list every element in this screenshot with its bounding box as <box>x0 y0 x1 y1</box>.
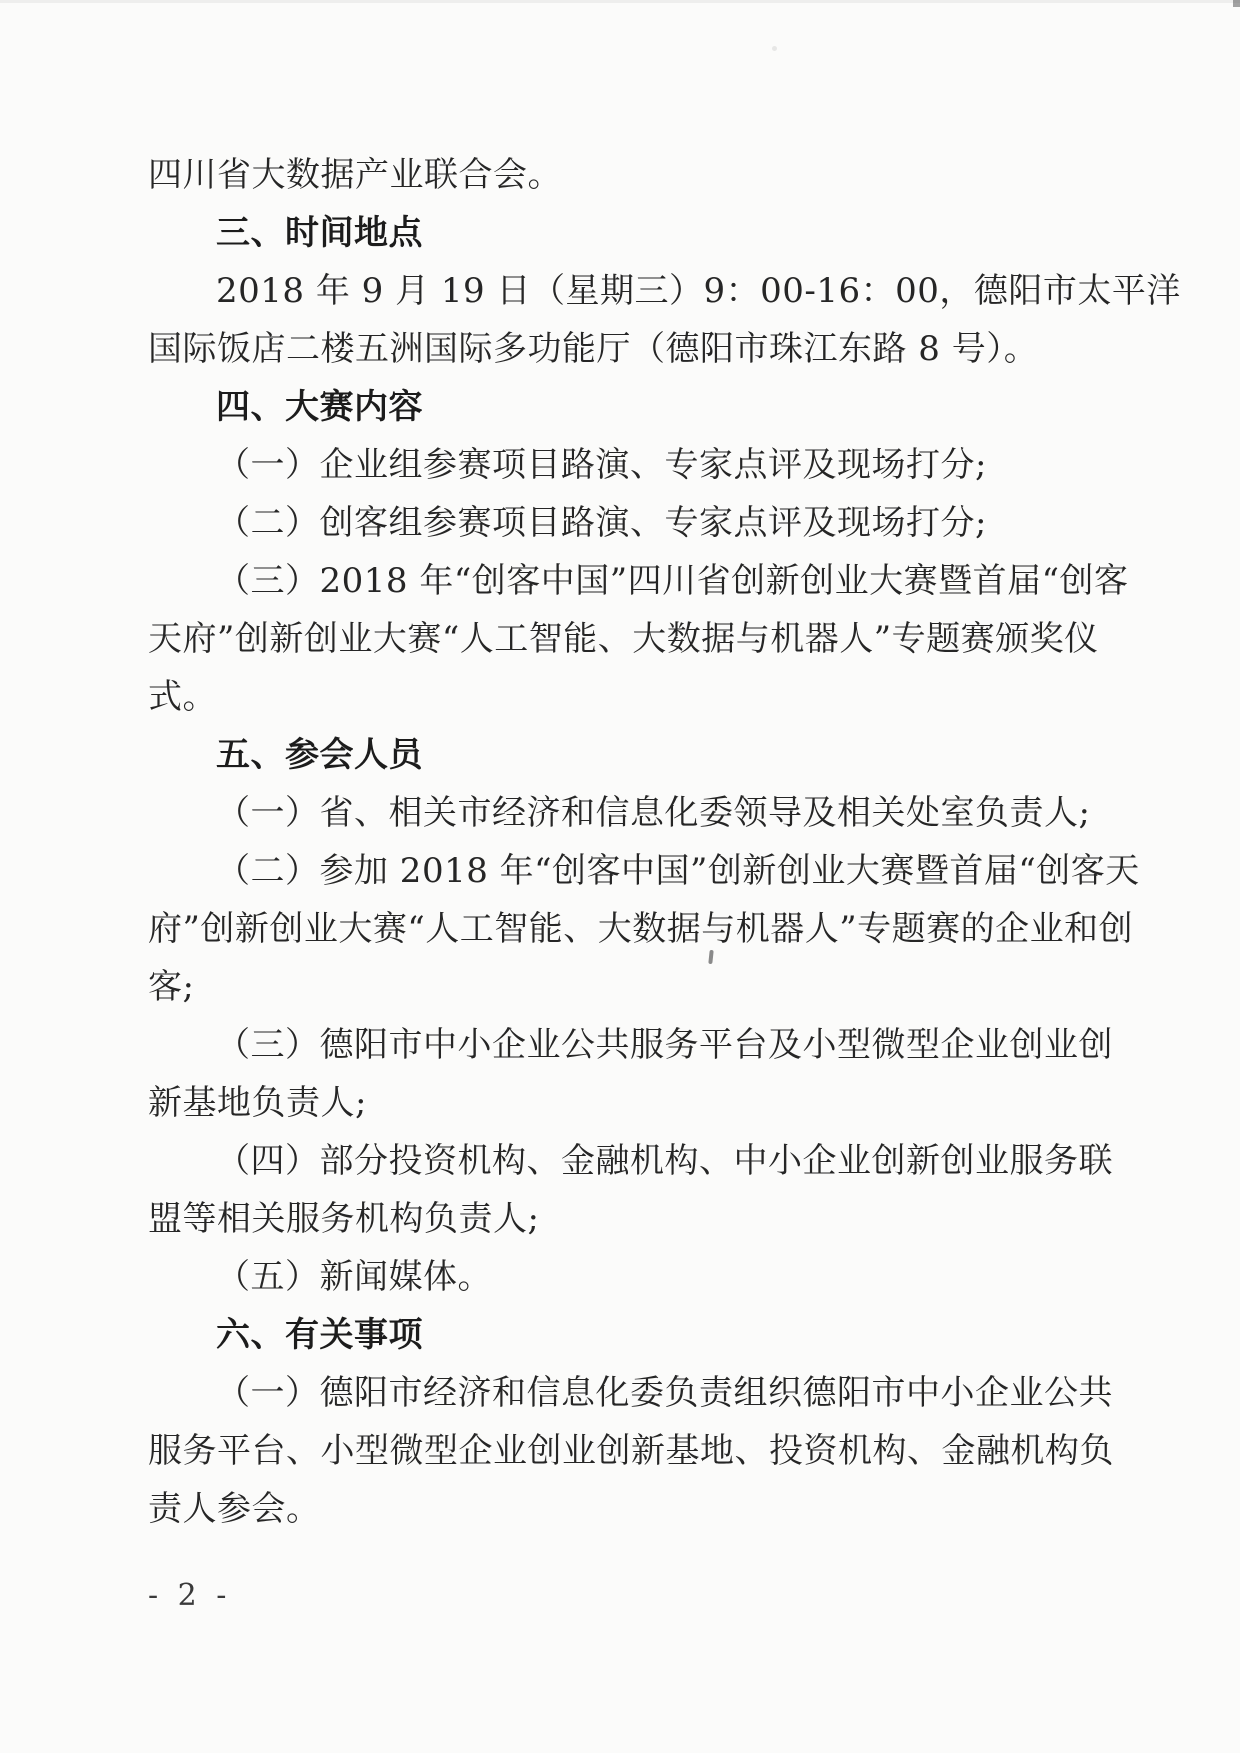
section-heading: 三、时间地点 <box>148 204 1078 262</box>
text-line: 责人参会。 <box>148 1480 1078 1538</box>
page-number: - 2 - <box>148 1578 231 1613</box>
text-line: （二）参加 2018 年“创客中国”创新创业大赛暨首届“创客天 <box>148 842 1078 900</box>
scanned-document-page: 四川省大数据产业联合会。 三、时间地点 2018 年 9 月 19 日（星期三）… <box>0 0 1240 1753</box>
section-heading: 五、参会人员 <box>148 726 1078 784</box>
document-body: 四川省大数据产业联合会。 三、时间地点 2018 年 9 月 19 日（星期三）… <box>148 146 1078 1538</box>
text-line: 国际饭店二楼五洲国际多功能厅（德阳市珠江东路 8 号）。 <box>148 320 1078 378</box>
text-line: （五）新闻媒体。 <box>148 1248 1078 1306</box>
text-line: 四川省大数据产业联合会。 <box>148 146 1078 204</box>
text-line: 天府”创新创业大赛“人工智能、大数据与机器人”专题赛颁奖仪 <box>148 610 1078 668</box>
text-line: （一）省、相关市经济和信息化委领导及相关处室负责人; <box>148 784 1078 842</box>
text-line: （三）2018 年“创客中国”四川省创新创业大赛暨首届“创客 <box>148 552 1078 610</box>
section-heading: 四、大赛内容 <box>148 378 1078 436</box>
text-line: 盟等相关服务机构负责人; <box>148 1190 1078 1248</box>
text-line: （四）部分投资机构、金融机构、中小企业创新创业服务联 <box>148 1132 1078 1190</box>
section-heading: 六、有关事项 <box>148 1306 1078 1364</box>
text-line: （三）德阳市中小企业公共服务平台及小型微型企业创业创 <box>148 1016 1078 1074</box>
text-line: 新基地负责人; <box>148 1074 1078 1132</box>
text-line: 2018 年 9 月 19 日（星期三）9：00-16：00，德阳市太平洋 <box>148 262 1078 320</box>
text-line: 府”创新创业大赛“人工智能、大数据与机器人”专题赛的企业和创 <box>148 900 1078 958</box>
text-line: （一）企业组参赛项目路演、专家点评及现场打分; <box>148 436 1078 494</box>
text-line: 式。 <box>148 668 1078 726</box>
text-line: （二）创客组参赛项目路演、专家点评及现场打分; <box>148 494 1078 552</box>
text-line: （一）德阳市经济和信息化委负责组织德阳市中小企业公共 <box>148 1364 1078 1422</box>
scan-speck <box>772 46 777 51</box>
text-line: 客; <box>148 958 1078 1016</box>
scan-speck <box>1233 0 1240 7</box>
text-line: 服务平台、小型微型企业创业创新基地、投资机构、金融机构负 <box>148 1422 1078 1480</box>
